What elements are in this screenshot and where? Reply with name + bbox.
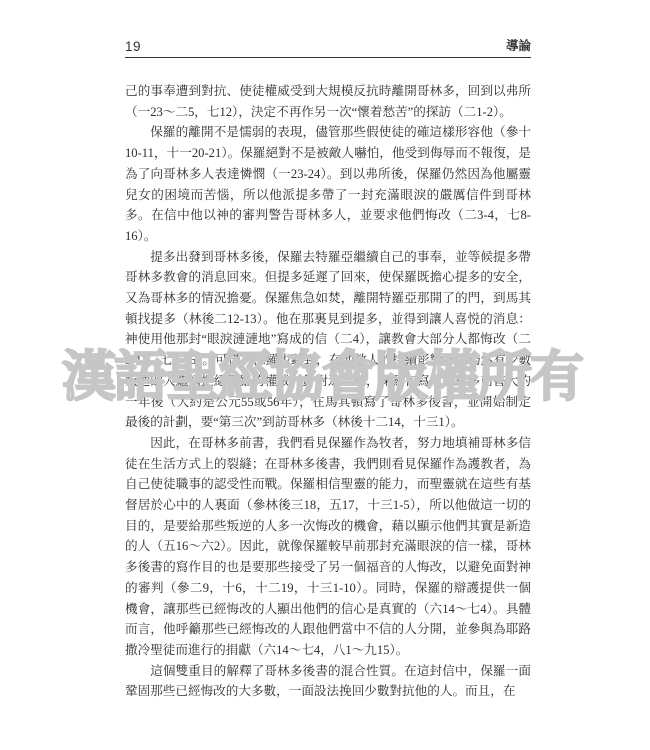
page-number: 19: [125, 39, 141, 54]
page-header: 19 導論: [125, 36, 531, 58]
body-paragraph: 己的事奉遭到對抗、使徒權威受到大規模反抗時離開哥林多，回到以弗所（一23～二5，…: [125, 81, 531, 122]
body-paragraph: 保羅的離開不是懦弱的表現，儘管那些假使徒的確這樣形容他（參十10-11，十一20…: [125, 122, 531, 246]
body-paragraph: 這個雙重目的解釋了哥林多後書的混合性質。在這封信中，保羅一面鞏固那些已經悔改的大…: [125, 661, 531, 702]
section-title: 導論: [506, 36, 531, 54]
body-text: 己的事奉遭到對抗、使徒權威受到大規模反抗時離開哥林多，回到以弗所（一23～二5，…: [125, 81, 531, 702]
body-paragraph: 因此，在哥林多前書，我們看見保羅作為牧者，努力地填補哥林多信徒在生活方式上的裂縫…: [125, 433, 531, 661]
book-page: 19 導論 己的事奉遭到對抗、使徒權威受到大規模反抗時離開哥林多，回到以弗所（一…: [0, 0, 650, 750]
body-paragraph: 提多出發到哥林多後，保羅去特羅亞繼續自己的事奉，並等候提多帶哥林多教會的消息回來…: [125, 247, 531, 433]
